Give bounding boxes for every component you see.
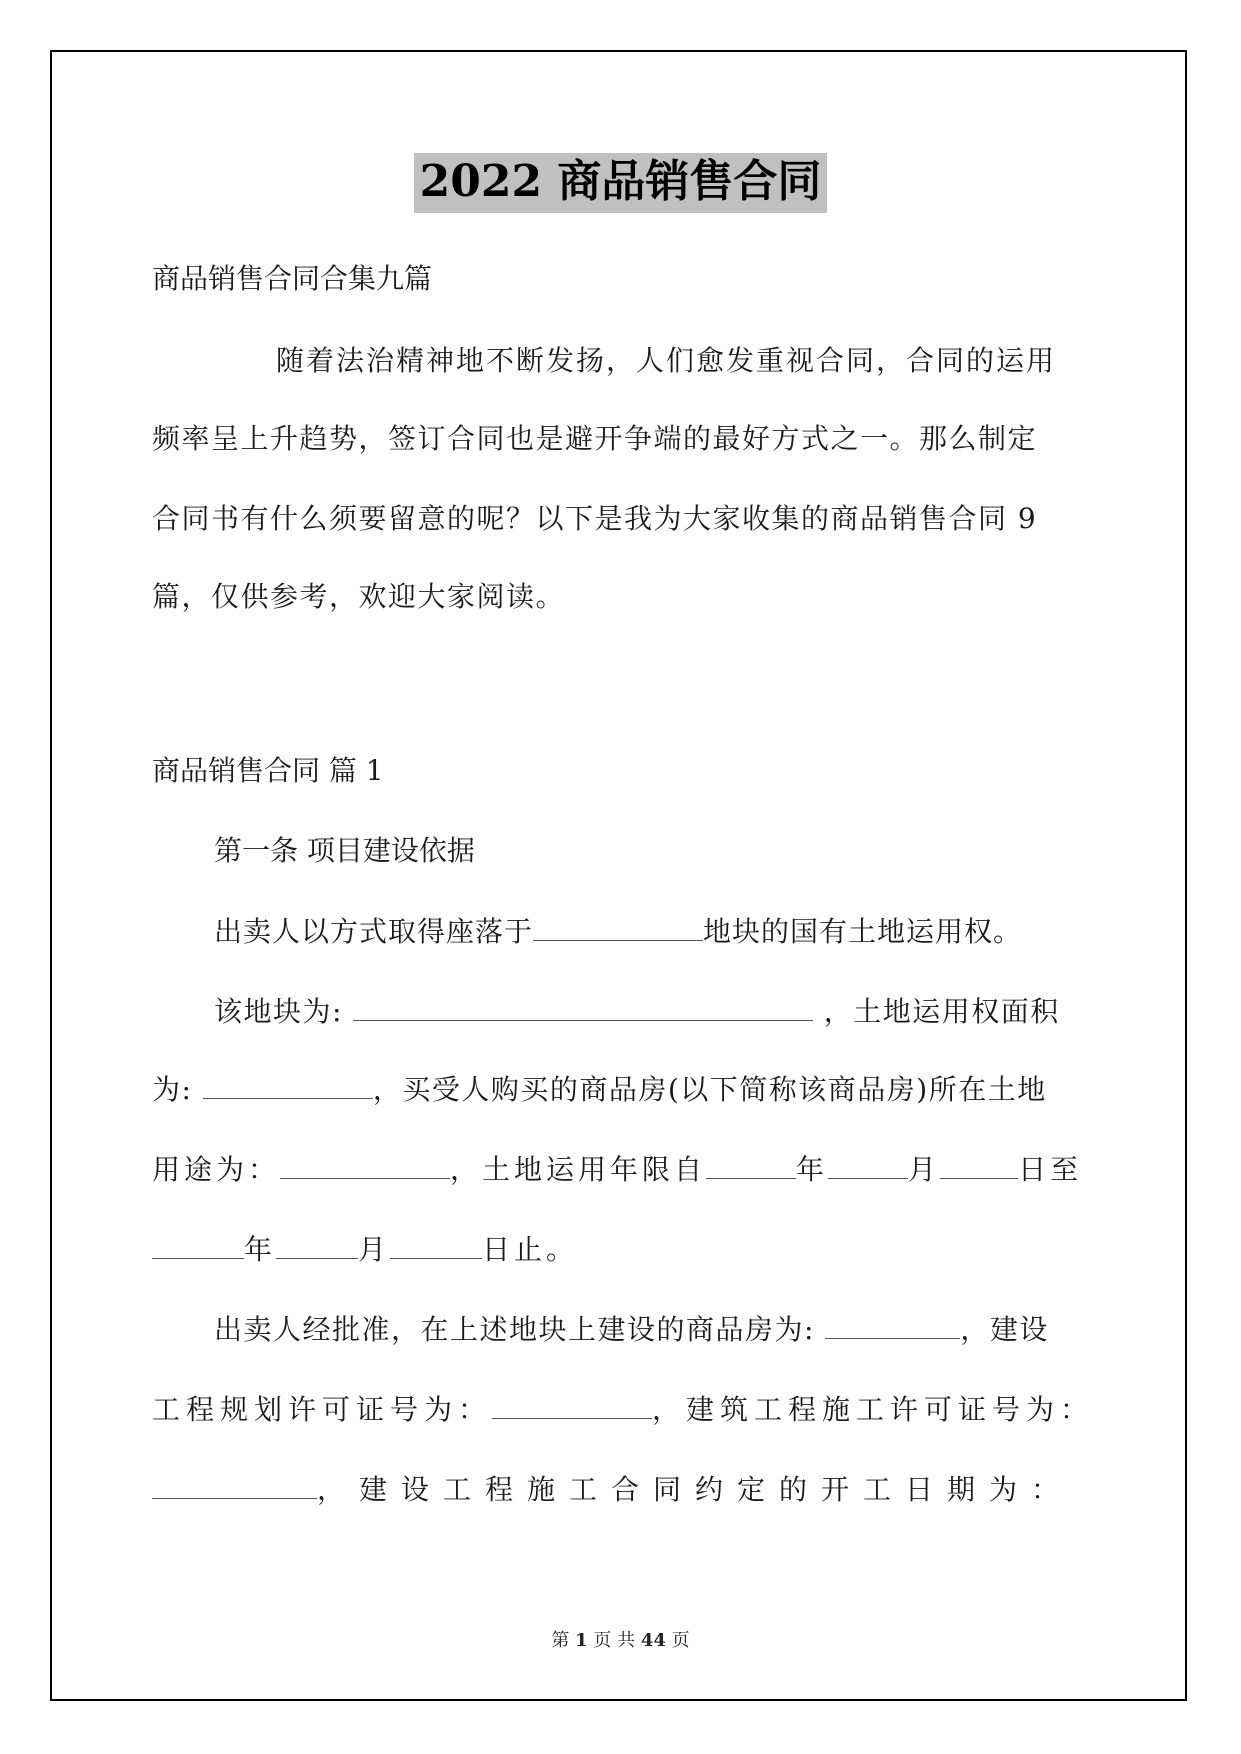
page-border [50,50,1187,1701]
body-text: 地块的国有土地运用权。 [703,915,1022,948]
body-line-5: 年月日止。 [152,1232,1082,1267]
blank-start-day[interactable] [940,1152,1018,1179]
body-text: 日止。 [482,1233,578,1266]
blank-construction-permit[interactable] [152,1472,317,1499]
body-line-1: 出卖人以方式取得座落于地块的国有土地运用权。 [214,914,1144,949]
body-text: ，建设 [960,1313,1049,1346]
blank-land-use[interactable] [280,1152,450,1179]
body-text: 出卖人以方式取得座落于 [214,915,533,948]
page-mid: 页 共 [593,1630,635,1651]
blank-plot-description[interactable] [353,994,813,1021]
title-container: 2022 商品销售合同 [0,153,1241,213]
body-line-6: 出卖人经批准，在上述地块上建设的商品房为: ，建设 [214,1312,1144,1347]
blank-start-year[interactable] [706,1152,796,1179]
body-text: 日至 [1018,1153,1082,1186]
blank-building[interactable] [825,1312,960,1339]
intro-line-2: 频率呈上升趋势，签订合同也是避开争端的最好方式之一。那么制定 [152,422,1082,456]
body-text: ，土地运用年限自 [450,1153,706,1186]
body-line-3: 为: ，买受人购买的商品房(以下简称该商品房)所在土地 [152,1072,1082,1107]
body-line-4: 用途为：，土地运用年限自年月日至 [152,1152,1082,1187]
body-text: ，建设工程施工合同约定的开工日期为： [317,1473,1073,1506]
blank-location[interactable] [533,914,703,941]
intro-line-1: 随着法治精神地不断发扬，人们愈发重视合同，合同的运用 [276,344,1082,378]
body-text: 为: [152,1073,192,1106]
body-text: 年 [244,1233,276,1266]
body-text: 出卖人经批准，在上述地块上建设的商品房为: [214,1313,815,1346]
body-text: 年 [796,1153,828,1186]
body-text: 月 [908,1153,940,1186]
document-title: 2022 商品销售合同 [414,153,828,213]
blank-land-area[interactable] [203,1072,373,1099]
body-text: 工程规划许可证号为： [152,1393,492,1426]
body-text: ，买受人购买的商品房(以下简称该商品房)所在土地 [373,1073,1047,1106]
body-text: ，土地运用权面积 [824,995,1060,1028]
body-text: 该地块为: [214,995,343,1028]
intro-line-4: 篇，仅供参考，欢迎大家阅读。 [152,580,1082,614]
body-text: ，建筑工程施工许可证号为： [652,1393,1094,1426]
blank-end-month[interactable] [276,1232,358,1259]
page-footer: 第 1 页 共 44 页 [0,1626,1241,1652]
intro-line-3: 合同书有什么须要留意的呢？以下是我为大家收集的商品销售合同 9 [152,502,1082,536]
document-subtitle: 商品销售合同合集九篇 [152,262,1082,296]
body-line-8: ，建设工程施工合同约定的开工日期为： [152,1472,1082,1507]
blank-start-month[interactable] [828,1152,908,1179]
body-text: 月 [358,1233,390,1266]
body-line-7: 工程规划许可证号为：，建筑工程施工许可证号为： [152,1392,1082,1427]
section-heading: 商品销售合同 篇 1 [152,754,1082,788]
blank-planning-permit[interactable] [492,1392,652,1419]
page-current: 1 [575,1630,588,1651]
body-text: 用途为： [152,1153,280,1186]
page-suffix: 页 [672,1630,690,1651]
blank-end-day[interactable] [390,1232,482,1259]
page-total: 44 [641,1630,666,1651]
page-prefix: 第 [551,1630,569,1651]
body-line-2: 该地块为: ，土地运用权面积 [214,994,1144,1029]
article-heading: 第一条 项目建设依据 [214,834,1144,868]
blank-end-year[interactable] [152,1232,244,1259]
